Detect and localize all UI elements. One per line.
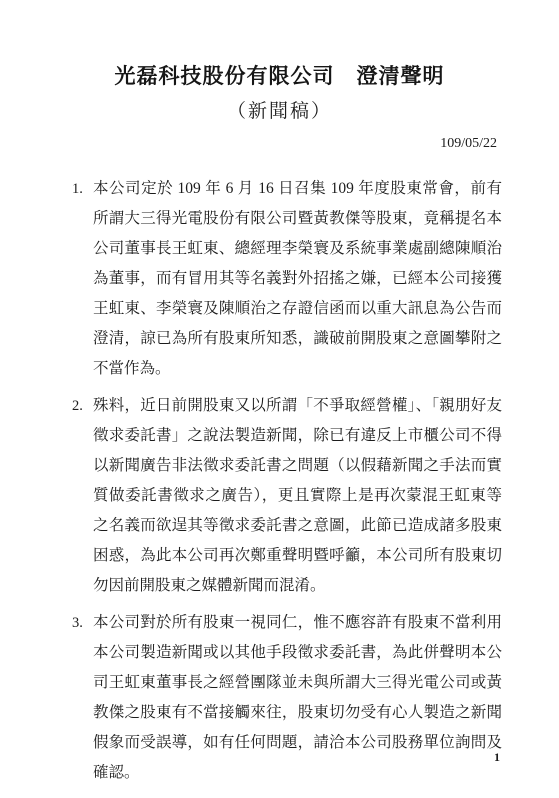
paragraph-item-2: 2. 殊料，近日前開股東又以所謂「不爭取經營權」、「親朋好友徵求委託書」之說法製… [72, 391, 559, 601]
paragraph-text: 本公司對於所有股東一視同仁，惟不應容許有股東不當利用本公司製造新聞或以其他手段徵… [93, 608, 502, 788]
paragraph-number: 3. [72, 608, 93, 638]
document-subtitle: （新聞稿） [0, 99, 559, 124]
document-page: 光磊科技股份有限公司 澄清聲明 （新聞稿） 109/05/22 1. 本公司定於… [0, 0, 559, 798]
document-date: 109/05/22 [0, 135, 497, 153]
page-number: 1 [494, 750, 500, 765]
paragraph-item-3: 3. 本公司對於所有股東一視同仁，惟不應容許有股東不當利用本公司製造新聞或以其他… [72, 608, 559, 788]
paragraph-list: 1. 本公司定於 109 年 6 月 16 日召集 109 年度股東常會，前有所… [0, 174, 559, 788]
paragraph-number: 2. [72, 391, 93, 421]
paragraph-text: 殊料，近日前開股東又以所謂「不爭取經營權」、「親朋好友徵求委託書」之說法製造新聞… [93, 391, 502, 601]
paragraph-text: 本公司定於 109 年 6 月 16 日召集 109 年度股東常會，前有所謂大三… [93, 174, 502, 384]
paragraph-number: 1. [72, 174, 93, 204]
paragraph-item-1: 1. 本公司定於 109 年 6 月 16 日召集 109 年度股東常會，前有所… [72, 174, 559, 384]
document-title: 光磊科技股份有限公司 澄清聲明 [0, 62, 559, 90]
